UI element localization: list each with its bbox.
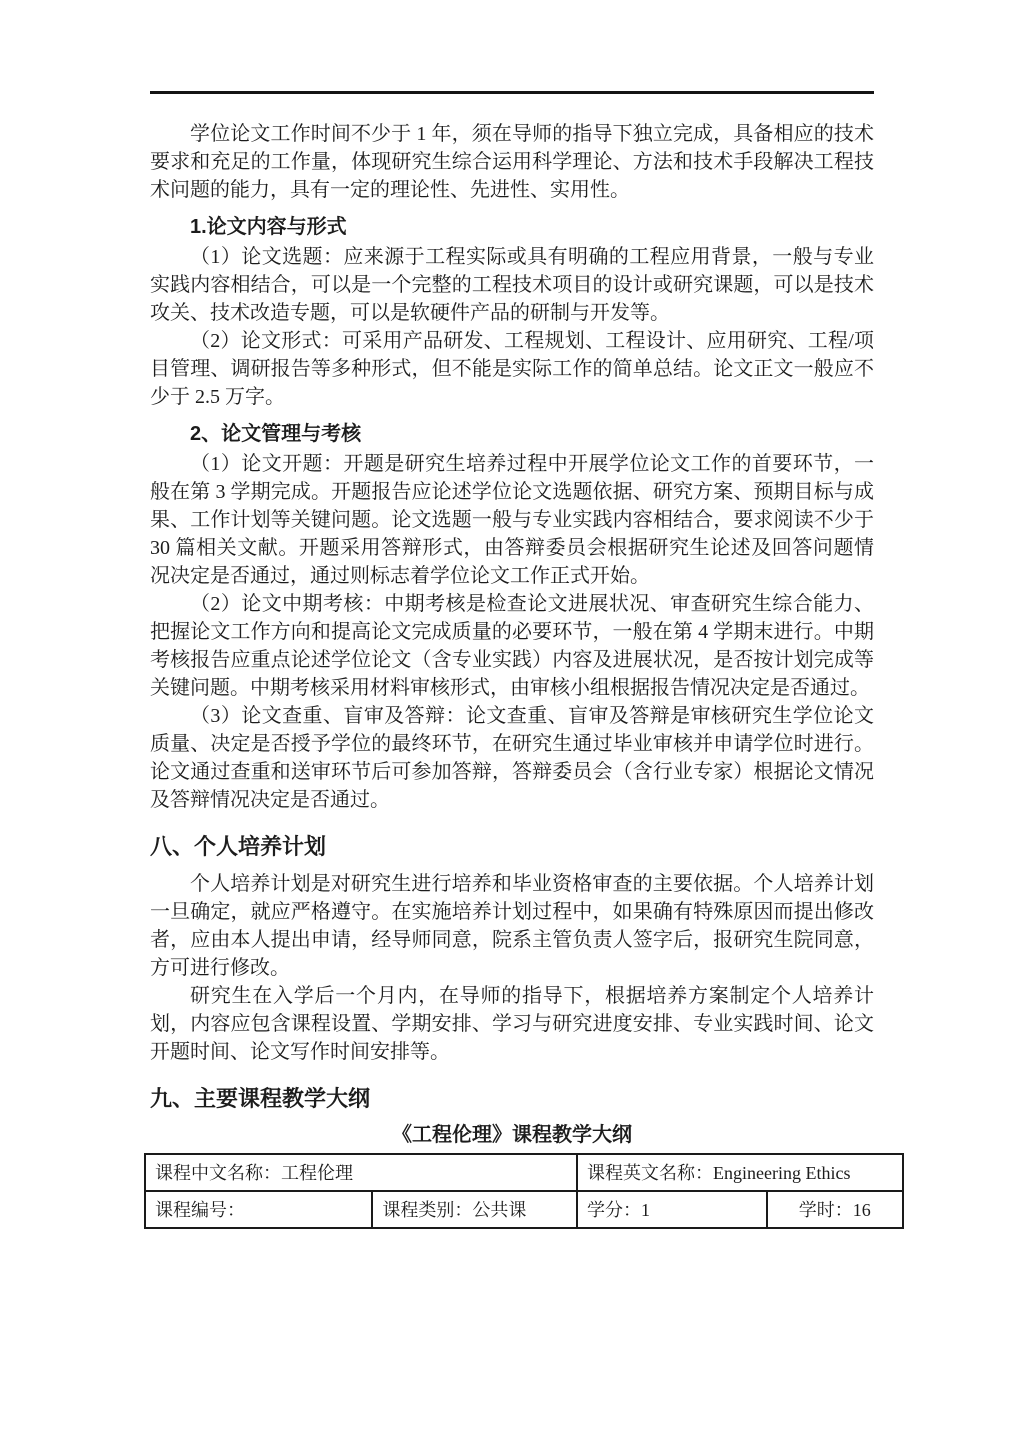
paragraph-thesis-proposal: （1）论文开题：开题是研究生培养过程中开展学位论文工作的首要环节，一般在第 3 … [150,450,874,590]
paragraph-thesis-topic-selection: （1）论文选题：应来源于工程实际或具有明确的工程应用背景，一般与专业实践内容相结… [150,243,874,327]
paragraph-thesis-plagiarism-review-defense: （3）论文查重、盲审及答辩：论文查重、盲审及答辩是审核研究生学位论文质量、决定是… [150,702,874,814]
section-heading-personal-training-plan: 八、个人培养计划 [150,832,874,862]
cell-course-number: 课程编号： [145,1191,372,1228]
heading-thesis-content-and-form: 1.论文内容与形式 [150,214,874,240]
table-row-course-names: 课程中文名称：工程伦理 课程英文名称：Engineering Ethics [145,1154,903,1191]
cell-course-category: 课程类别：公共课 [372,1191,577,1228]
paragraph-thesis-form: （2）论文形式：可采用产品研发、工程规划、工程设计、应用研究、工程/项目管理、调… [150,327,874,411]
table-row-course-details: 课程编号： 课程类别：公共课 学分：1 学时：16 [145,1191,903,1228]
course-info-table: 课程中文名称：工程伦理 课程英文名称：Engineering Ethics 课程… [144,1153,904,1229]
cell-course-chinese-name: 课程中文名称：工程伦理 [145,1154,577,1191]
cell-course-credits: 学分：1 [577,1191,767,1228]
paragraph-training-plan-basis: 个人培养计划是对研究生进行培养和毕业资格审查的主要依据。个人培养计划一旦确定，就… [150,870,874,982]
cell-course-english-name: 课程英文名称：Engineering Ethics [577,1154,903,1191]
paragraph-thesis-duration: 学位论文工作时间不少于 1 年，须在导师的指导下独立完成，具备相应的技术要求和充… [150,120,874,204]
document-page: 学位论文工作时间不少于 1 年，须在导师的指导下独立完成，具备相应的技术要求和充… [0,0,1024,1448]
cell-course-hours: 学时：16 [767,1191,903,1228]
paragraph-thesis-midterm-review: （2）论文中期考核：中期考核是检查论文进展状况、审查研究生综合能力、把握论文工作… [150,590,874,702]
heading-thesis-management-assessment: 2、论文管理与考核 [150,421,874,447]
header-rule [150,91,874,94]
section-heading-main-course-syllabi: 九、主要课程教学大纲 [150,1084,874,1114]
page-content: 学位论文工作时间不少于 1 年，须在导师的指导下独立完成，具备相应的技术要求和充… [150,0,874,1229]
paragraph-training-plan-timing: 研究生在入学后一个月内，在导师的指导下，根据培养方案制定个人培养计划，内容应包含… [150,982,874,1066]
syllabus-table-title: 《工程伦理》课程教学大纲 [150,1122,874,1148]
